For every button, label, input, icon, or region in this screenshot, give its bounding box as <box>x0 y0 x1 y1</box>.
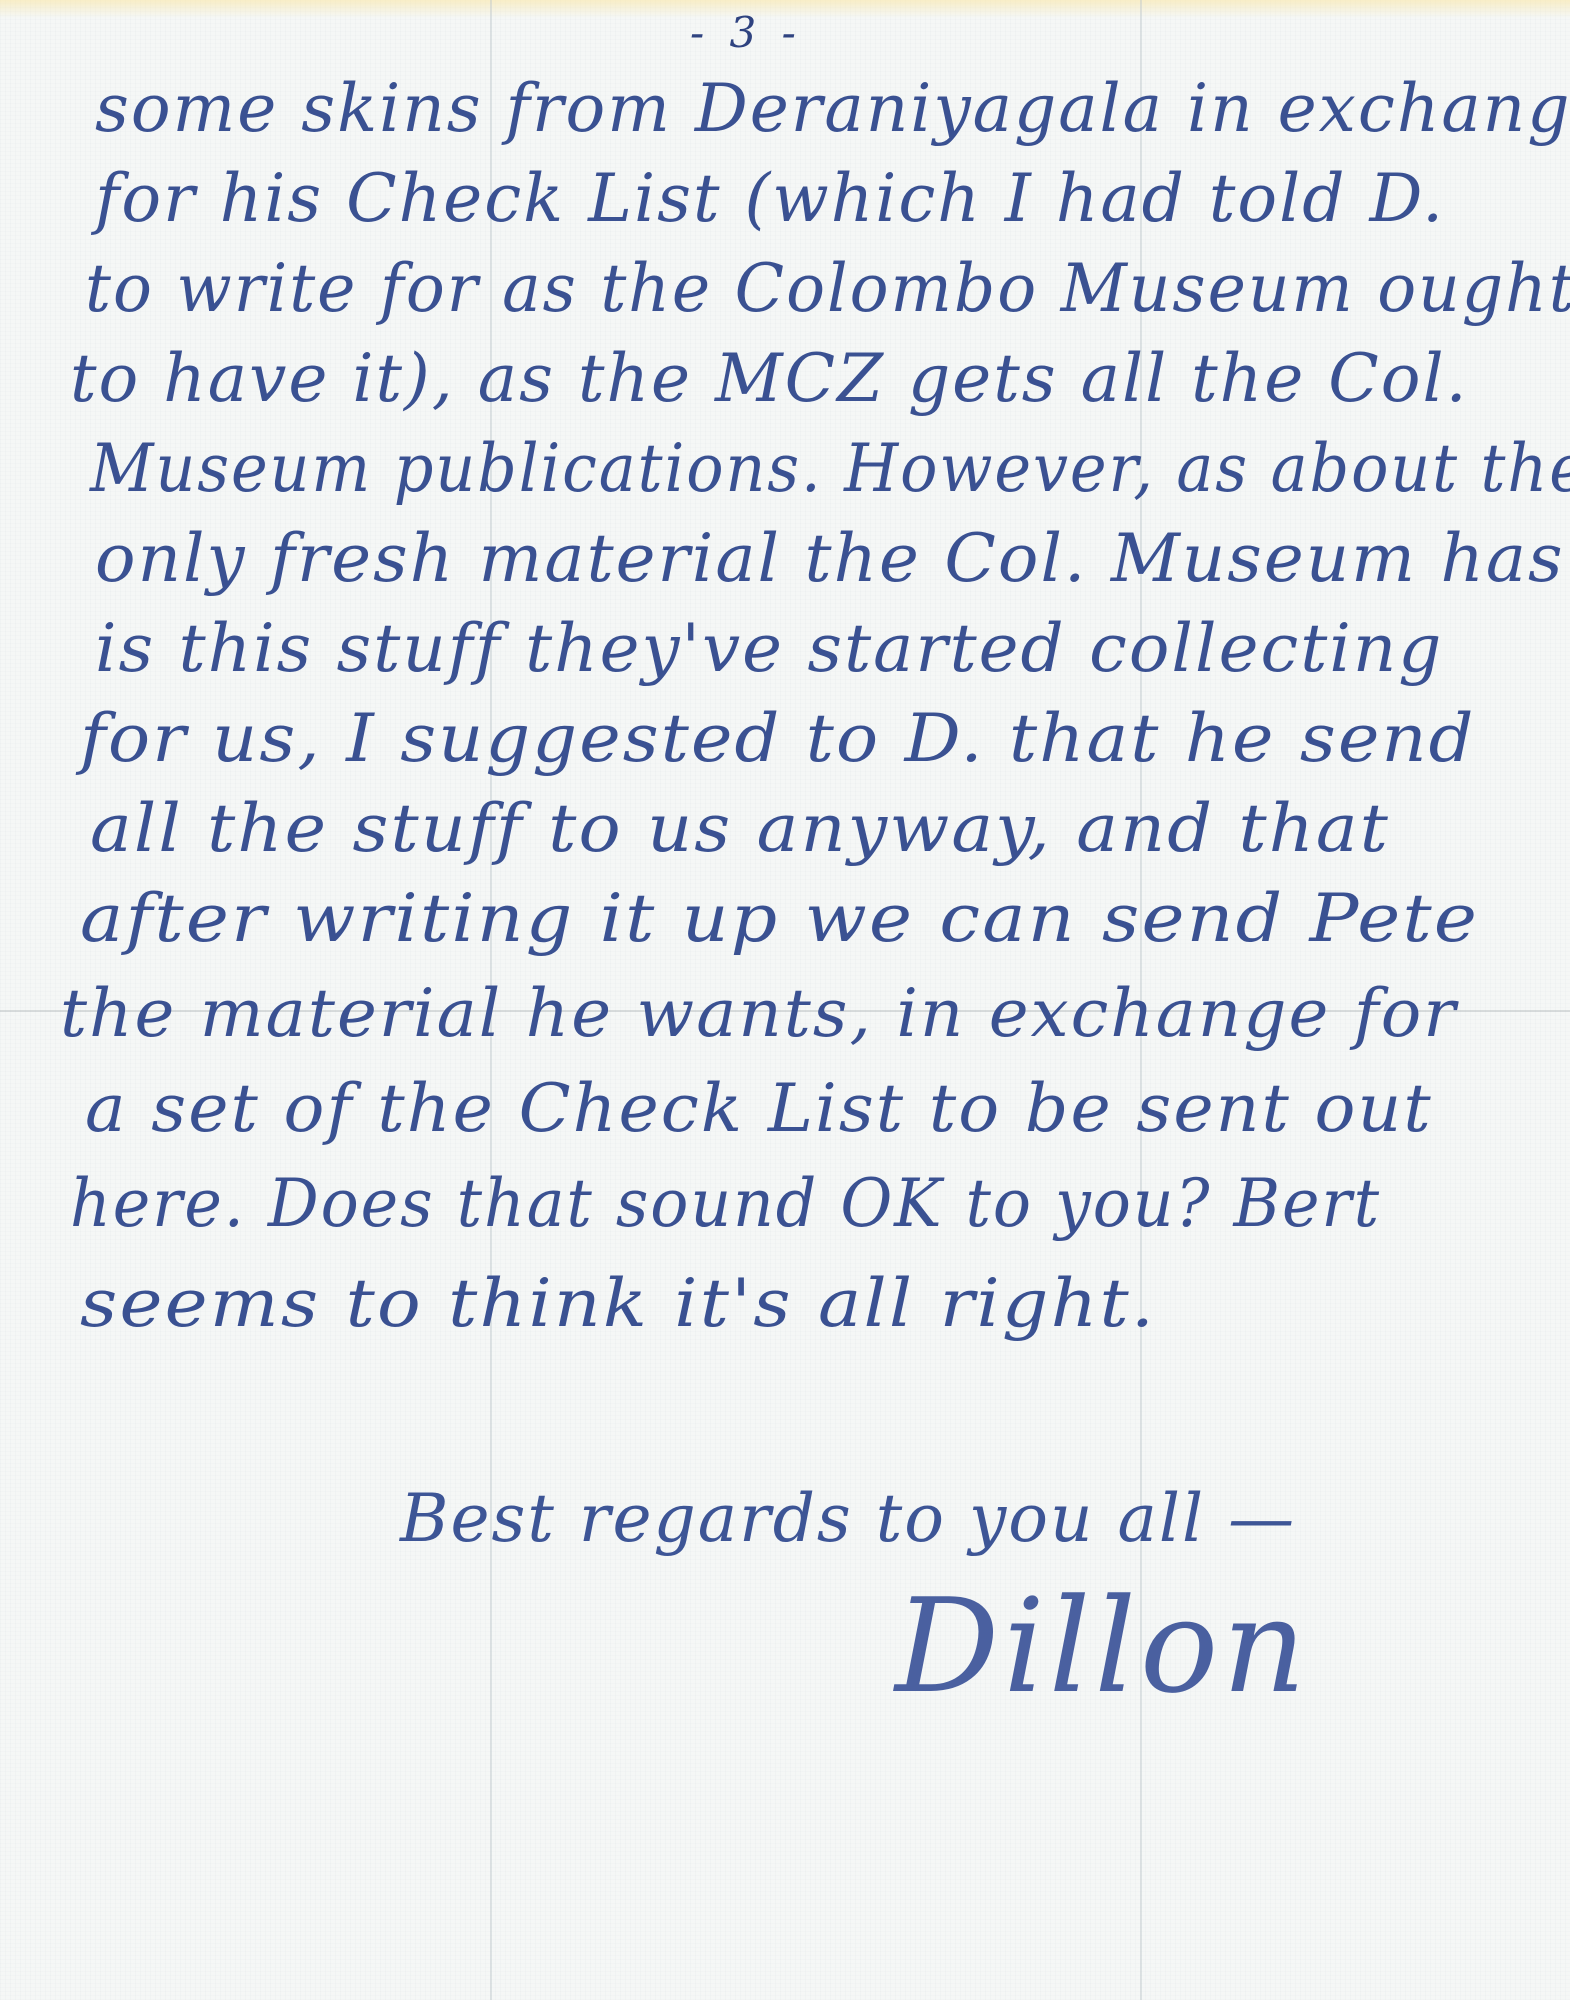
letter-line-4: to have it), as the MCZ gets all the Col… <box>70 340 1469 417</box>
letter-line-11: the material he wants, in exchange for <box>60 975 1458 1052</box>
letter-line-10: after writing it up we can send Pete <box>80 880 1479 957</box>
letter-line-12: a set of the Check List to be sent out <box>85 1070 1433 1147</box>
letter-line-8: for us, I suggested to D. that he send <box>80 700 1476 777</box>
letter-page: - 3 - some skins from Deraniyagala in ex… <box>0 0 1570 2000</box>
letter-line-14: seems to think it's all right. <box>80 1265 1156 1342</box>
letter-line-1: some skins from Deraniyagala in exchange <box>95 70 1570 147</box>
letter-line-3: to write for as the Colombo Museum ought <box>85 250 1570 327</box>
letter-line-13: here. Does that sound OK to you? Bert <box>70 1165 1381 1242</box>
letter-line-5: Museum publications. However, as about t… <box>90 430 1570 507</box>
letter-line-2: for his Check List (which I had told D. <box>95 160 1445 237</box>
signature: Dillon <box>895 1570 1310 1722</box>
page-number: - 3 - <box>690 8 802 57</box>
letter-line-7: is this stuff they've started collecting <box>95 610 1443 687</box>
letter-line-9: all the stuff to us anyway, and that <box>90 790 1390 867</box>
letter-closing: Best regards to you all — <box>400 1480 1296 1557</box>
letter-line-6: only fresh material the Col. Museum has <box>95 520 1565 597</box>
